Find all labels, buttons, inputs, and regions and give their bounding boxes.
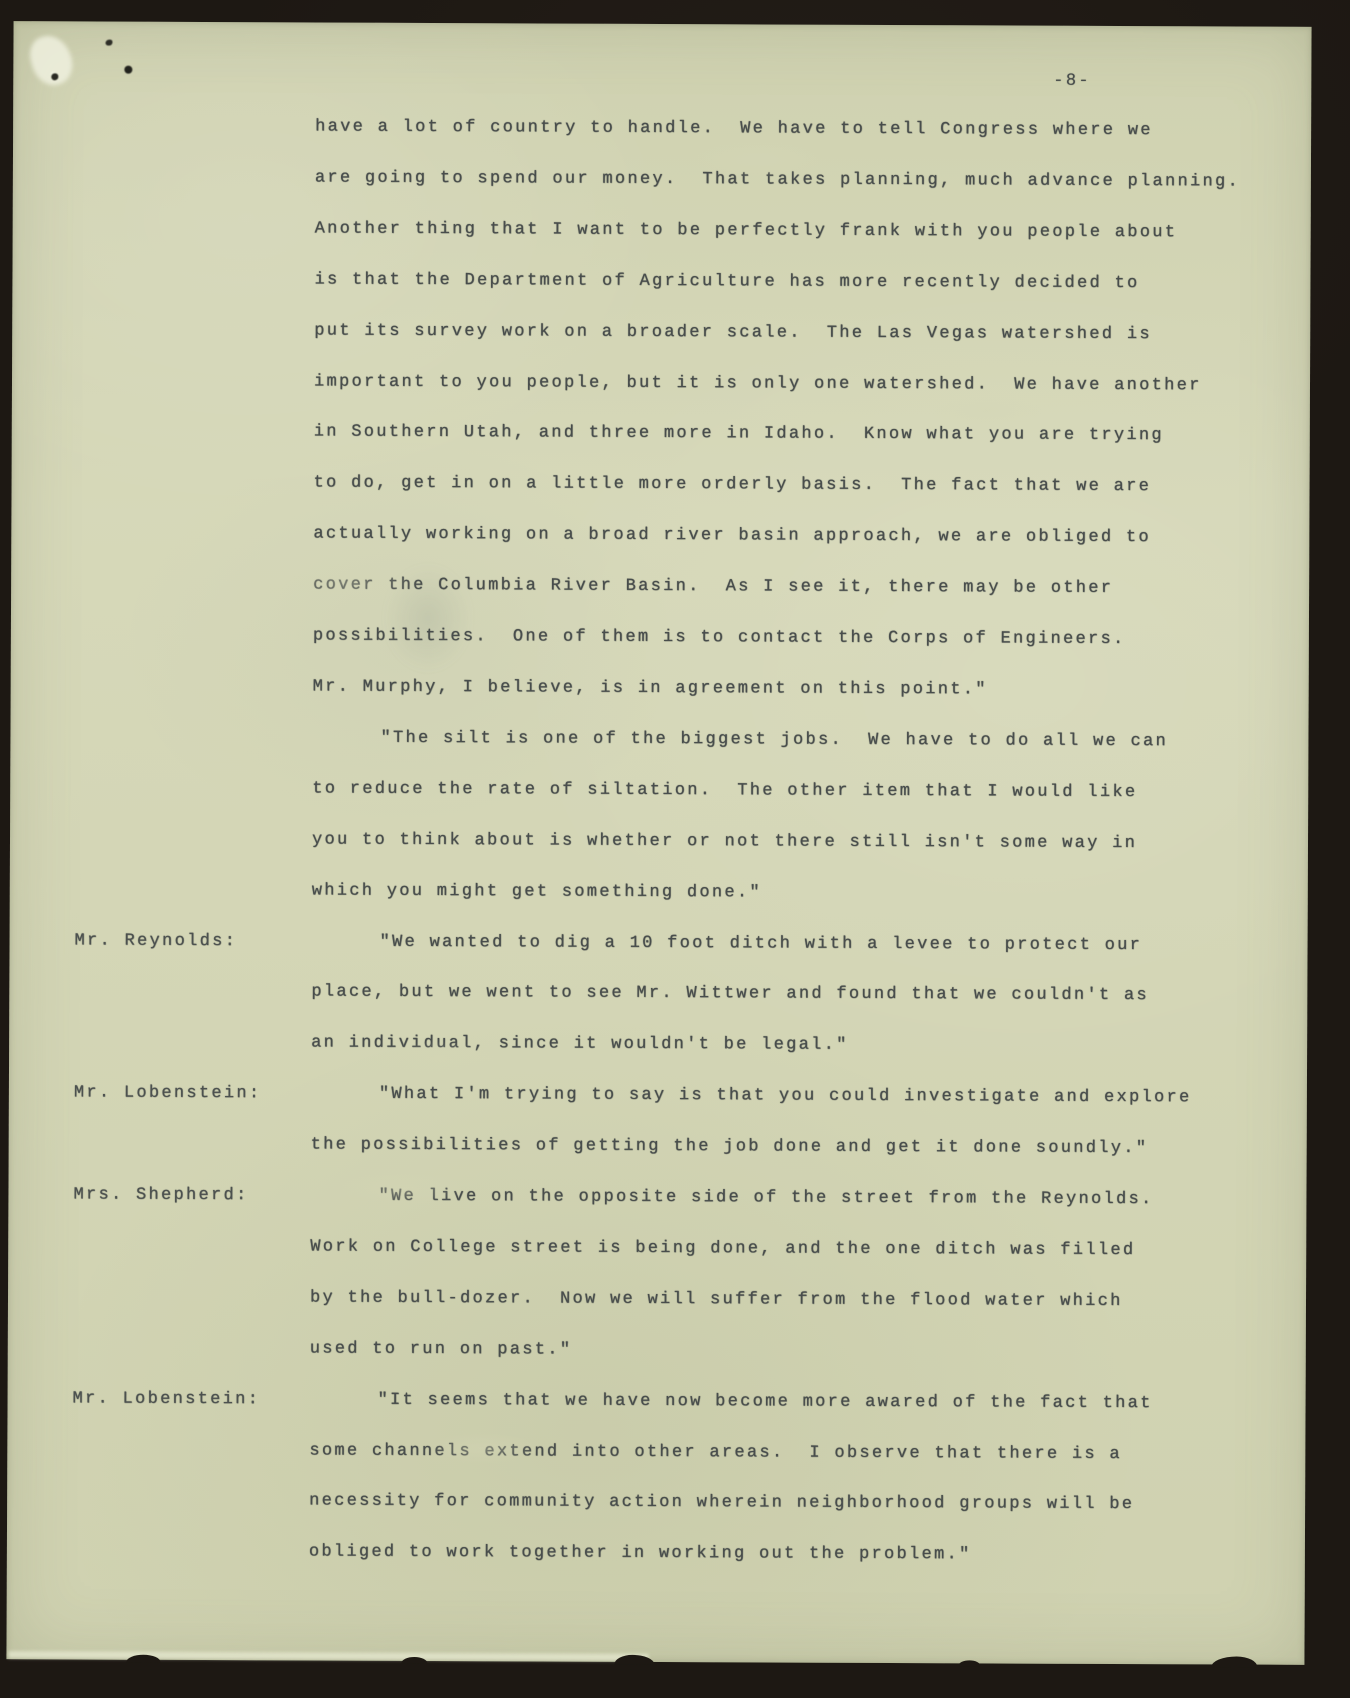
paragraph: have a lot of country to handle. We have…: [313, 102, 1276, 717]
text-line: "We wanted to dig a 10 foot ditch with a…: [311, 917, 1271, 972]
text-line: possibilities. One of them is to contact…: [313, 612, 1273, 667]
text-line: in Southern Utah, and three more in Idah…: [314, 408, 1274, 463]
text-line: which you might get something done.": [312, 866, 1272, 921]
torn-edge-chip: [401, 1657, 427, 1664]
text-line: to reduce the rate of siltation. The oth…: [312, 764, 1272, 819]
text-line: "It seems that we have now become more a…: [309, 1375, 1269, 1430]
text-line: Another thing that I want to be perfectl…: [315, 204, 1275, 259]
paper-gouge: [26, 31, 77, 90]
speaker-label: Mr. Lobenstein:: [72, 1374, 260, 1426]
text-line: "The silt is one of the biggest jobs. We…: [312, 713, 1272, 768]
scan-background: -8- have a lot of country to handle. We …: [0, 0, 1350, 1698]
text-line: are going to spend our money. That takes…: [315, 153, 1275, 208]
paragraph: "The silt is one of the biggest jobs. We…: [312, 713, 1273, 921]
ink-speck: [51, 73, 58, 80]
text-line: Mr. Murphy, I believe, is in agreement o…: [313, 662, 1273, 717]
paragraph: Mr. Reynolds: "We wanted to dig a 10 foo…: [311, 917, 1272, 1074]
page-number: -8-: [1053, 72, 1091, 91]
speaker-label: Mr. Reynolds:: [74, 916, 237, 968]
ink-speck: [124, 66, 132, 74]
text-line: is that the Department of Agriculture ha…: [314, 255, 1274, 310]
text-line: Work on College street is being done, an…: [310, 1222, 1270, 1277]
text-line: cover the Columbia River Basin. As I see…: [313, 561, 1273, 616]
torn-edge-chip: [958, 1660, 980, 1666]
document-page: -8- have a lot of country to handle. We …: [6, 21, 1311, 1665]
text-line: have a lot of country to handle. We have…: [315, 102, 1275, 157]
ink-speck: [105, 40, 112, 46]
text-line: an individual, since it wouldn't be lega…: [311, 1019, 1271, 1074]
text-line: place, but we went to see Mr. Wittwer an…: [311, 968, 1271, 1023]
text-line: important to you people, but it is only …: [314, 357, 1274, 412]
torn-edge-chip: [126, 1655, 160, 1663]
paragraph: Mr. Lobenstein: "What I'm trying to say …: [311, 1070, 1271, 1176]
torn-edge-chip: [1211, 1656, 1257, 1667]
paragraph: Mrs. Shepherd: "We live on the opposite …: [310, 1172, 1271, 1380]
text-line: obliged to work together in working out …: [309, 1528, 1269, 1583]
text-line: by the bull-dozer. Now we will suffer fr…: [310, 1273, 1270, 1328]
text-line: actually working on a broad river basin …: [313, 510, 1273, 565]
text-line: put its survey work on a broader scale. …: [314, 306, 1274, 361]
text-line: used to run on past.": [310, 1324, 1270, 1379]
torn-edge-chip: [614, 1655, 654, 1665]
paragraph: Mr. Lobenstein: "It seems that we have n…: [309, 1375, 1270, 1583]
text-line: "We live on the opposite side of the str…: [310, 1172, 1270, 1227]
text-line: some channels extend into other areas. I…: [309, 1426, 1269, 1481]
text-block: have a lot of country to handle. We have…: [309, 102, 1275, 1582]
text-line: necessity for community action wherein n…: [309, 1477, 1269, 1532]
speaker-label: Mr. Lobenstein:: [74, 1069, 262, 1121]
text-line: "What I'm trying to say is that you coul…: [311, 1070, 1271, 1125]
text-line: you to think about is whether or not the…: [312, 815, 1272, 870]
torn-edge-highlight: [8, 1651, 648, 1661]
text-line: the possibilities of getting the job don…: [311, 1121, 1271, 1176]
text-line: to do, get in on a little more orderly b…: [313, 459, 1273, 514]
speaker-label: Mrs. Shepherd:: [73, 1170, 248, 1222]
